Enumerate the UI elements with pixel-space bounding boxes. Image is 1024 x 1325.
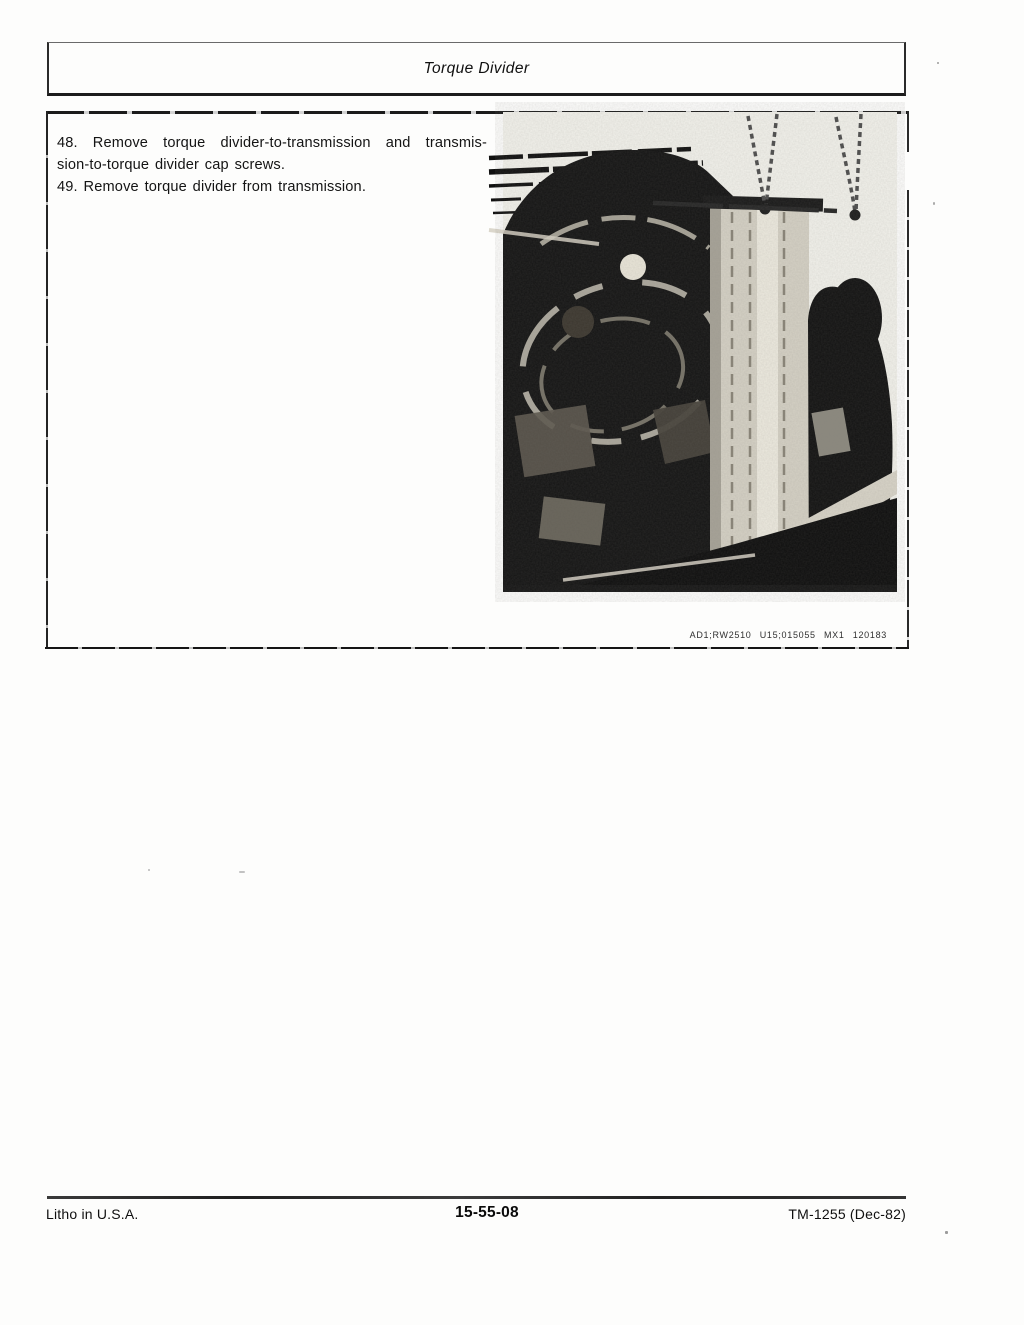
scan-speck	[148, 869, 150, 871]
section-header-box: Torque Divider	[47, 42, 906, 96]
photo-illustration	[503, 112, 897, 592]
content-box: 48. Remove torque divider-to-transmissio…	[46, 111, 908, 649]
scan-speck	[945, 1231, 948, 1234]
footer-page-number: 15-55-08	[437, 1204, 537, 1222]
content-box-border-bottom	[45, 647, 909, 650]
scan-speck	[933, 202, 935, 205]
step-48-line-2: sion-to-torque divider cap screws.	[57, 154, 487, 176]
content-box-border-right-lower	[907, 190, 909, 649]
instruction-steps: 48. Remove torque divider-to-transmissio…	[57, 132, 487, 198]
step-49: 49. Remove torque divider from transmiss…	[57, 176, 487, 198]
figure-caption-code: AD1;RW2510 U15;015055 MX1 120183	[503, 630, 887, 640]
step-48-line-1: 48. Remove torque divider-to-transmissio…	[57, 132, 487, 154]
scan-speck	[937, 62, 939, 64]
content-box-border-right-upper	[907, 111, 909, 152]
footer-manual-number: TM-1255 (Dec-82)	[788, 1206, 906, 1222]
manual-page: Torque Divider 48. Remove torque divider…	[0, 0, 1024, 1325]
content-box-border-left	[46, 111, 48, 649]
torque-divider-photo	[503, 112, 897, 592]
footer-rule	[47, 1196, 906, 1199]
scan-speck	[239, 871, 245, 873]
footer-litho: Litho in U.S.A.	[46, 1206, 139, 1222]
section-title: Torque Divider	[424, 60, 530, 78]
